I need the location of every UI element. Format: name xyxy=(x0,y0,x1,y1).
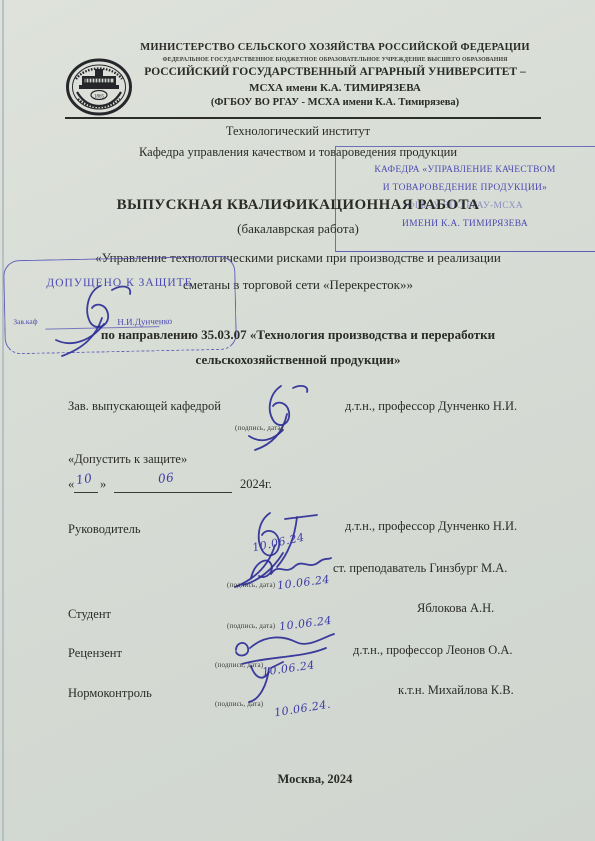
student-name: Яблокова А.Н. xyxy=(417,601,494,616)
department-stamp-line1: КАФЕДРА «УПРАВЛЕНИЕ КАЧЕСТВОМ xyxy=(337,165,593,175)
date-day-underline xyxy=(74,492,98,493)
university-name-line2: МСХА имени К.А. ТИМИРЯЗЕВА xyxy=(110,82,560,94)
university-name-line1: РОССИЙСКИЙ ГОСУДАРСТВЕННЫЙ АГРАРНЫЙ УНИВ… xyxy=(110,66,560,78)
work-type-title: ВЫПУСКНАЯ КВАЛИФИКАЦИОННАЯ РАБОТА xyxy=(8,197,588,214)
city-year: Москва, 2024 xyxy=(35,772,595,787)
date-month-handwritten: 06 xyxy=(157,470,175,486)
head-signature xyxy=(243,380,318,452)
document-page: 1865 МИНИСТЕРСТВО СЕЛЬСКОГО ХОЗЯЙСТВА РО… xyxy=(0,0,595,841)
norm-control-label: Нормоконтроль xyxy=(68,686,152,701)
date-quote-open: « xyxy=(68,477,74,492)
sign-date-caption-norm-control: (подпись, дата) xyxy=(215,700,263,708)
date-year: 2024г. xyxy=(240,477,272,492)
sign-date-caption-head: (подпись, дата) xyxy=(235,424,283,432)
department-stamp-line2: И ТОВАРОВЕДЕНИЕ ПРОДУКЦИИ» xyxy=(337,183,593,193)
norm-control-signature xyxy=(237,658,292,706)
supervisor-label: Руководитель xyxy=(68,522,141,537)
direction-line1: по направлению 35.03.07 «Технология прои… xyxy=(8,327,588,343)
date-day-handwritten: 10 xyxy=(75,471,93,487)
admit-stamp-zavkaf-label: Зав.каф xyxy=(13,317,37,327)
supervisor-name: д.т.н., профессор Дунченко Н.И. xyxy=(345,519,517,534)
work-subtype: (бакалаврская работа) xyxy=(8,221,588,237)
direction-line2: сельскохозяйственной продукции» xyxy=(8,352,588,368)
reviewer-label: Рецензент xyxy=(68,646,122,661)
norm-control-name: к.т.н. Михайлова К.В. xyxy=(398,683,514,698)
head-of-department-label: Зав. выпускающей кафедрой xyxy=(68,399,221,414)
institute-name: Технологический институт xyxy=(8,124,588,139)
date-quote-close: » xyxy=(100,477,106,492)
ministry-line: МИНИСТЕРСТВО СЕЛЬСКОГО ХОЗЯЙСТВА РОССИЙС… xyxy=(110,42,560,53)
reviewer-name: д.т.н., профессор Леонов О.А. xyxy=(353,643,513,658)
university-name-line3: (ФГБОУ ВО РГАУ - МСХА имени К.А. Тимиряз… xyxy=(110,97,560,108)
emblem-year: 1865 xyxy=(94,94,105,99)
student-label: Студент xyxy=(68,607,111,622)
date-month-underline xyxy=(114,492,232,493)
co-supervisor-name: ст. преподаватель Гинзбург М.А. xyxy=(333,561,507,576)
admit-to-defense-line: «Допустить к защите» xyxy=(68,452,187,467)
head-signature-stamp xyxy=(48,280,148,358)
head-of-department-name: д.т.н., профессор Дунченко Н.И. xyxy=(345,399,517,414)
sign-date-caption-co-supervisor: (подпись, дата) xyxy=(227,581,275,589)
fgbou-line: ФЕДЕРАЛЬНОЕ ГОСУДАРСТВЕННОЕ БЮДЖЕТНОЕ ОБ… xyxy=(110,57,560,63)
header-divider xyxy=(65,117,541,119)
